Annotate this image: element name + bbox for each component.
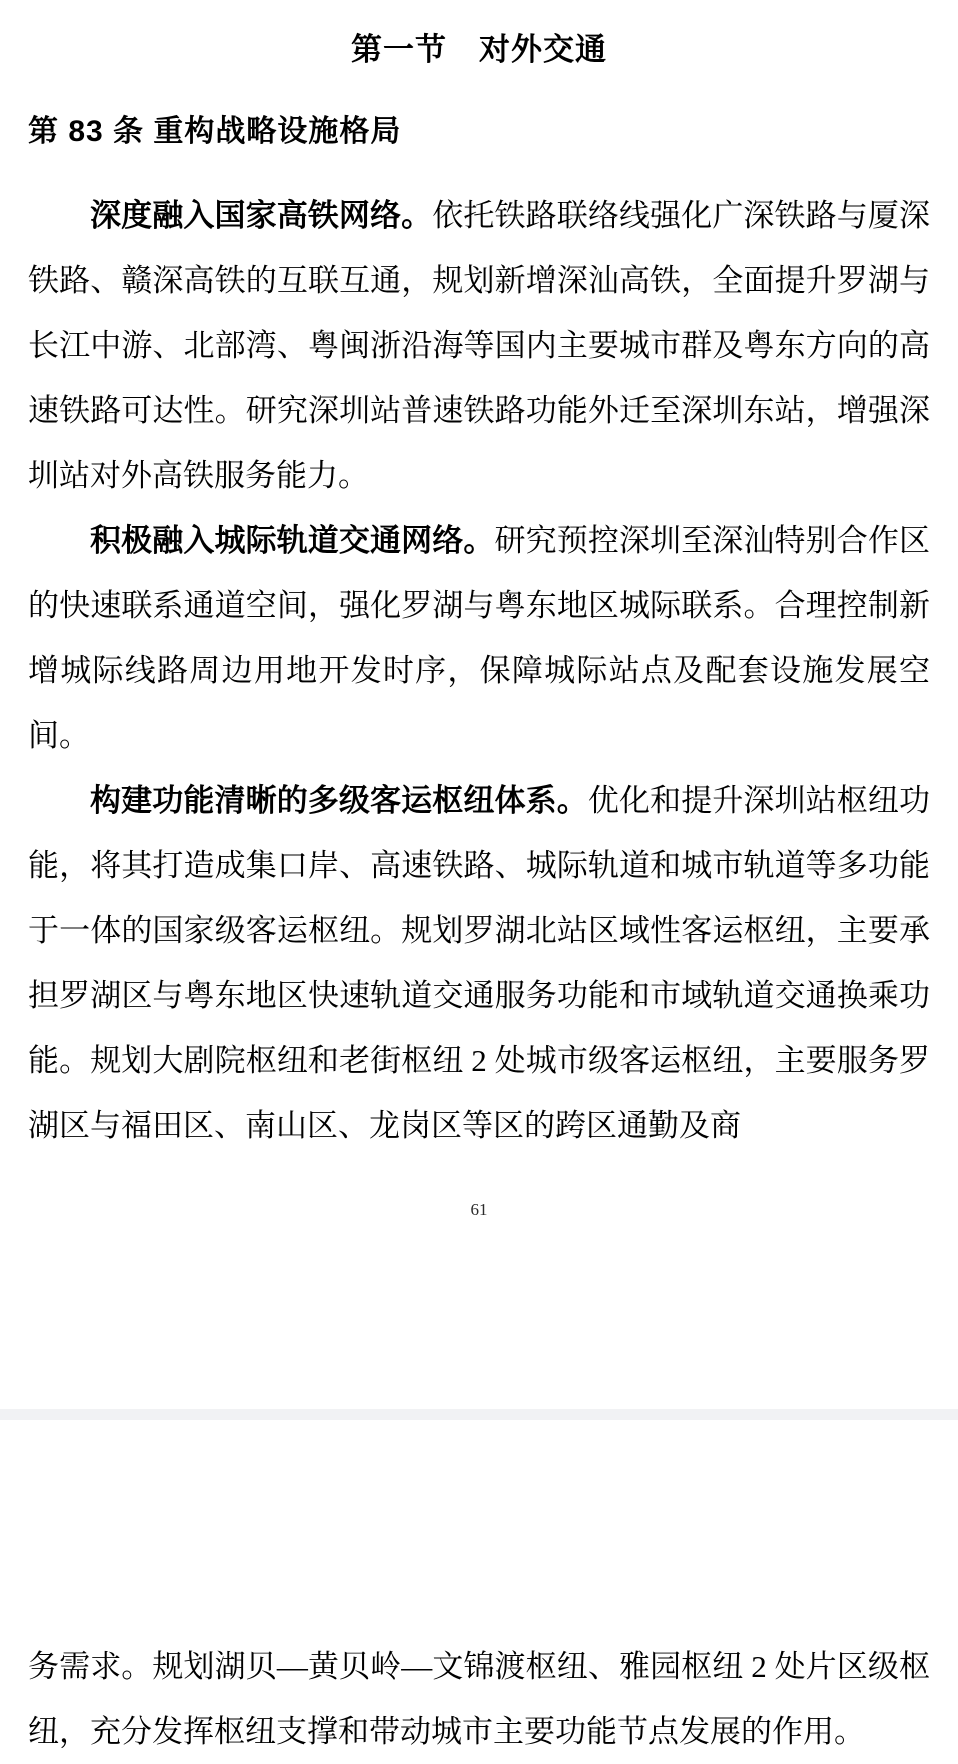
paragraph-intercity-rail-network: 积极融入城际轨道交通网络。研究预控深圳至深汕特别合作区的快速联系通道空间，强化罗… <box>28 508 930 768</box>
paragraph-lead: 积极融入城际轨道交通网络。 <box>90 523 495 558</box>
page-separator <box>0 1409 958 1420</box>
paragraph-lead: 构建功能清晰的多级客运枢纽体系。 <box>90 783 588 818</box>
section-title: 第一节 对外交通 <box>28 30 930 70</box>
paragraph-text: 依托铁路联络线强化广深铁路与厦深铁路、赣深高铁的互联互通，规划新增深汕高铁，全面… <box>28 198 930 493</box>
paragraph-text: 优化和提升深圳站枢纽功能，将其打造成集口岸、高速铁路、城际轨道和城市轨道等多功能… <box>28 783 930 1143</box>
paragraph-passenger-hub-system: 构建功能清晰的多级客运枢纽体系。优化和提升深圳站枢纽功能，将其打造成集口岸、高速… <box>28 768 930 1158</box>
article-body: 深度融入国家高铁网络。依托铁路联络线强化广深铁路与厦深铁路、赣深高铁的互联互通，… <box>28 183 930 1158</box>
page-number: 61 <box>28 1200 930 1220</box>
paragraph-national-hsr-network: 深度融入国家高铁网络。依托铁路联络线强化广深铁路与厦深铁路、赣深高铁的互联互通，… <box>28 183 930 508</box>
article-heading: 第 83 条 重构战略设施格局 <box>28 112 930 152</box>
paragraph-continuation: 务需求。规划湖贝—黄贝岭—文锦渡枢纽、雅园枢纽 2 处片区级枢纽，充分发挥枢纽支… <box>28 1634 930 1764</box>
document-page-62: 务需求。规划湖贝—黄贝岭—文锦渡枢纽、雅园枢纽 2 处片区级枢纽，充分发挥枢纽支… <box>0 1634 958 1764</box>
paragraph-lead: 深度融入国家高铁网络。 <box>90 198 432 233</box>
document-page-61: 第一节 对外交通 第 83 条 重构战略设施格局 深度融入国家高铁网络。依托铁路… <box>0 30 958 1220</box>
